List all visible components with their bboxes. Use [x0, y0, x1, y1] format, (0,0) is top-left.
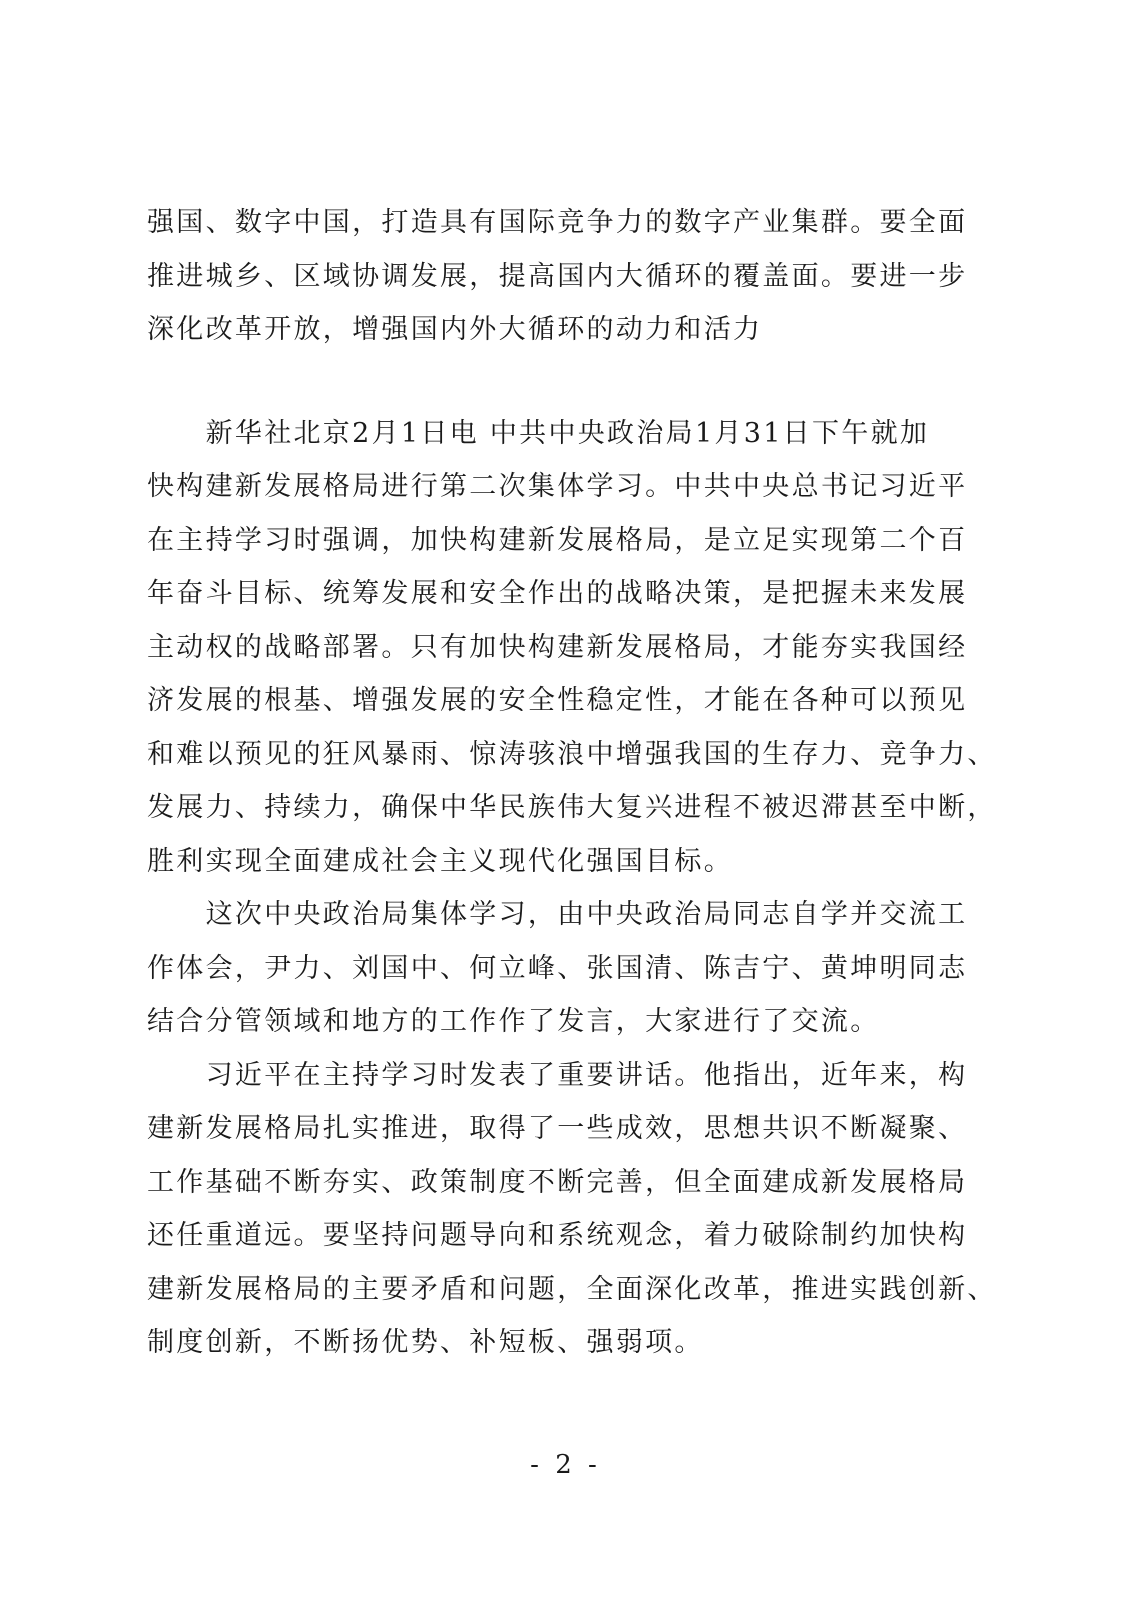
text-line: 发展力、持续力，确保中华民族伟大复兴进程不被迟滞甚至中断，: [147, 781, 977, 835]
text-line: 胜利实现全面建成社会主义现代化强国目标。: [147, 835, 977, 889]
paragraph-gap: [147, 357, 977, 407]
text-line: 年奋斗目标、统筹发展和安全作出的战略决策，是把握未来发展: [147, 567, 977, 621]
text-line: 新华社北京2月1日电 中共中央政治局1月31日下午就加: [147, 407, 977, 461]
text-line: 建新发展格局扎实推进，取得了一些成效，思想共识不断凝聚、: [147, 1102, 977, 1156]
text-line: 在主持学习时强调，加快构建新发展格局，是立足实现第二个百: [147, 514, 977, 568]
text-line: 制度创新，不断扬优势、补短板、强弱项。: [147, 1316, 977, 1370]
text-line: 建新发展格局的主要矛盾和问题，全面深化改革，推进实践创新、: [147, 1263, 977, 1317]
text-line: 作体会，尹力、刘国中、何立峰、张国清、陈吉宁、黄坤明同志: [147, 942, 977, 996]
text-line: 强国、数字中国，打造具有国际竞争力的数字产业集群。要全面: [147, 196, 977, 250]
text-line: 习近平在主持学习时发表了重要讲话。他指出，近年来，构: [147, 1049, 977, 1103]
text-line: 工作基础不断夯实、政策制度不断完善，但全面建成新发展格局: [147, 1156, 977, 1210]
text-line: 济发展的根基、增强发展的安全性稳定性，才能在各种可以预见: [147, 674, 977, 728]
text-line: 主动权的战略部署。只有加快构建新发展格局，才能夯实我国经: [147, 621, 977, 675]
text-line: 还任重道远。要坚持问题导向和系统观念，着力破除制约加快构: [147, 1209, 977, 1263]
document-body: 强国、数字中国，打造具有国际竞争力的数字产业集群。要全面 推进城乡、区域协调发展…: [147, 196, 977, 1370]
document-page: 强国、数字中国，打造具有国际竞争力的数字产业集群。要全面 推进城乡、区域协调发展…: [0, 0, 1131, 1600]
text-line: 深化改革开放，增强国内外大循环的动力和活力: [147, 303, 977, 357]
text-line: 这次中央政治局集体学习，由中央政治局同志自学并交流工: [147, 888, 977, 942]
text-line: 和难以预见的狂风暴雨、惊涛骇浪中增强我国的生存力、竞争力、: [147, 728, 977, 782]
page-number: - 2 -: [0, 1450, 1131, 1480]
text-line: 结合分管领域和地方的工作作了发言，大家进行了交流。: [147, 995, 977, 1049]
text-line: 推进城乡、区域协调发展，提高国内大循环的覆盖面。要进一步: [147, 250, 977, 304]
text-line: 快构建新发展格局进行第二次集体学习。中共中央总书记习近平: [147, 460, 977, 514]
